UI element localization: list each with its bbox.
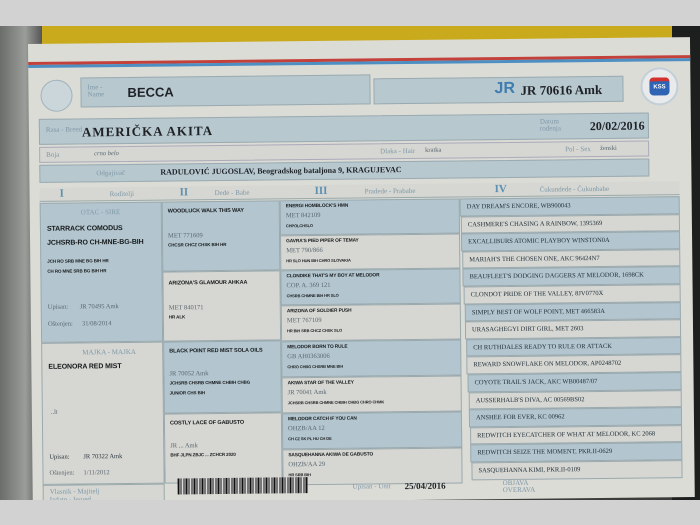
pedigree-document: Ime - Name BECCA JR JR 70616 Amk KSS Ras… xyxy=(28,37,695,500)
great-grandparent-cell: CLONDIKE THAT'S MY BOY AT MELODOR COP. A… xyxy=(280,268,460,305)
ancestor-gen4-row: COYOTE TRAIL'S JACK, AKC WB00487/07 xyxy=(467,372,681,392)
ancestor-gen4-row: EXCALLIBURS ATOMIC PLAYBOY WINSTON0A xyxy=(461,231,680,251)
grandparent-cell: BLACK POINT RED MIST SOLA OILS JR 70052 … xyxy=(163,340,282,413)
breed-field: Rasa - Breed AMERIČKA AKITA Datum rođenj… xyxy=(39,113,649,145)
sire-birth-date: 31/08/2014 xyxy=(82,320,112,328)
sire-registration: JR 70495 Amk xyxy=(80,303,119,311)
grandparent-cell: WOODLUCK WALK THIS WAY MET 771609 CHCSR … xyxy=(162,200,281,271)
ancestor-gen4-row: BEAUFLEET'S DODGING DAGGERS AT MELODOR, … xyxy=(462,267,680,287)
ancestor-gen4-row: REWARD SNOWFLAKE ON MELODOR, AP0248702 xyxy=(466,355,681,375)
sex-value: ženski xyxy=(600,145,617,153)
breed-value: AMERIČKA AKITA xyxy=(82,123,213,140)
kss-logo-icon: KSS xyxy=(640,67,678,105)
issue-date-label: Upisan - Unit xyxy=(353,483,391,490)
coat-label: Dlaka - Hair xyxy=(380,148,415,155)
dam-cell: MAJKA - MAJKA ELEONORA RED MIST ..lt Upi… xyxy=(41,342,164,485)
breeder-value: RADULOVIĆ JUGOSLAV, Beogradskog bataljon… xyxy=(160,165,401,177)
fci-logo-icon xyxy=(40,80,72,112)
reg-prefix: JR xyxy=(494,80,515,98)
bottom-margin xyxy=(0,500,700,525)
dam-registration: JR 70322 Amk xyxy=(83,453,122,461)
owner-footer: Vlasnik - Majitelj Izdato - Issued xyxy=(43,484,165,500)
coat-value: kratka xyxy=(425,147,441,155)
name-field: Ime - Name BECCA xyxy=(80,74,370,107)
grandparent-cell: COSTLY LACE OF GABUSTO JR ... Amk BHF JL… xyxy=(164,412,283,483)
great-grandparent-cell: ENERGI HOMBLOCK'S HMN MET 842109 CHPOLCH… xyxy=(280,198,460,235)
dam-birth-date: 1/11/2012 xyxy=(83,469,109,477)
color-value: crno belo xyxy=(94,150,119,158)
ancestor-gen4-row: REDWITCH EYECATCHER OF WHAT AT MELODOR, … xyxy=(470,425,682,445)
great-grandparent-cell: MELODOR CATCH IF YOU CAN OHZB/AA 12 CH C… xyxy=(282,411,462,449)
ancestor-gen4-row: DAY DREAM'S ENCORE, WB900043 xyxy=(460,196,680,216)
great-grandparent-cell: AKIWA STAR OF THE VALLEY JR 70041 Amk JC… xyxy=(282,375,462,413)
breed-label: Rasa - Breed xyxy=(46,126,82,133)
great-grandparent-cell: GAVRA'S PIED PIPER OF TEMAY MET 790/866 … xyxy=(280,233,460,270)
sex-label: Pol - Sex xyxy=(565,146,591,153)
barcode xyxy=(178,477,308,494)
name-label: Ime - Name xyxy=(87,84,115,98)
great-grandparent-cell: MELODOR BORN TO RULE GB AH0363006 CHRO C… xyxy=(281,339,461,377)
dog-name: BECCA xyxy=(127,84,173,99)
grandparent-cell: ARIZONA'S GLAMOUR AHKAA MET 840171 HR AL… xyxy=(162,270,281,341)
great-grandparent-cell: SASQUEHANNA AKIWA DE GABUSTO OHZB/AA 29 … xyxy=(282,447,462,485)
ancestor-gen4-row: REDWITCH SEIZE THE MOMENT, PKR.II-0629 xyxy=(470,443,682,463)
ancestor-gen4-row: ANSHEE FOR EVER, KC 00962 xyxy=(469,407,682,427)
photo-background: Ime - Name BECCA JR JR 70616 Amk KSS Ras… xyxy=(0,26,700,500)
color-label: Boja xyxy=(46,152,59,159)
birth-date: 20/02/2016 xyxy=(590,119,645,135)
breeder-field: Odgajivač RADULOVIĆ JUGOSLAV, Beogradsko… xyxy=(39,159,649,183)
verification-label: OBJAVA OVERAVA xyxy=(503,480,543,494)
breeder-label: Odgajivač xyxy=(96,170,125,177)
birth-date-label: Datum rođenja xyxy=(540,118,580,132)
ancestor-gen4-row: CASHMERE'S CHASING A RAINBOW, 1395369 xyxy=(461,214,680,234)
ancestor-gen4-row: AUSSERHALB'S DIVA, AC 00569BS02 xyxy=(469,390,682,410)
great-grandparent-cell: ARIZONA OF SOLDIER PUSH MET 767109 HR BI… xyxy=(281,303,461,341)
issue-date: 25/04/2016 xyxy=(405,481,446,491)
dam-name: ELEONORA RED MIST xyxy=(48,363,121,371)
ancestor-gen4-row: MARIAH'S THE CHOSEN ONE, AKC 96424N7 xyxy=(462,249,680,269)
registration-field: JR JR 70616 Amk xyxy=(373,76,623,105)
ancestor-gen4-row: CH RUTHDALES READY TO RULE OR ATTACK xyxy=(466,337,681,357)
ancestor-gen4-row: SIMPLY BEST OF WOLF POINT, MET 466583A xyxy=(465,302,681,322)
sire-titles: JCHSRB-RO CH-MNE-BG-BIH xyxy=(47,239,144,247)
ancestor-gen4-row: URASAGHEGYI DIRT GIRL, MET 2603 xyxy=(465,319,681,339)
sire-name: STARRACK COMODUS xyxy=(47,225,123,233)
sire-cell: OTAC - SIRE STARRACK COMODUS JCHSRB-RO C… xyxy=(40,202,163,343)
registration-number: JR 70616 Amk xyxy=(520,82,602,99)
ancestor-gen4-row: SASQUEHANNA KIMI, PKR.II-0109 xyxy=(471,460,682,480)
ancestor-gen4-row: CLONDOT PRIDE OF THE VALLEY, 8JV0770X xyxy=(464,284,681,304)
